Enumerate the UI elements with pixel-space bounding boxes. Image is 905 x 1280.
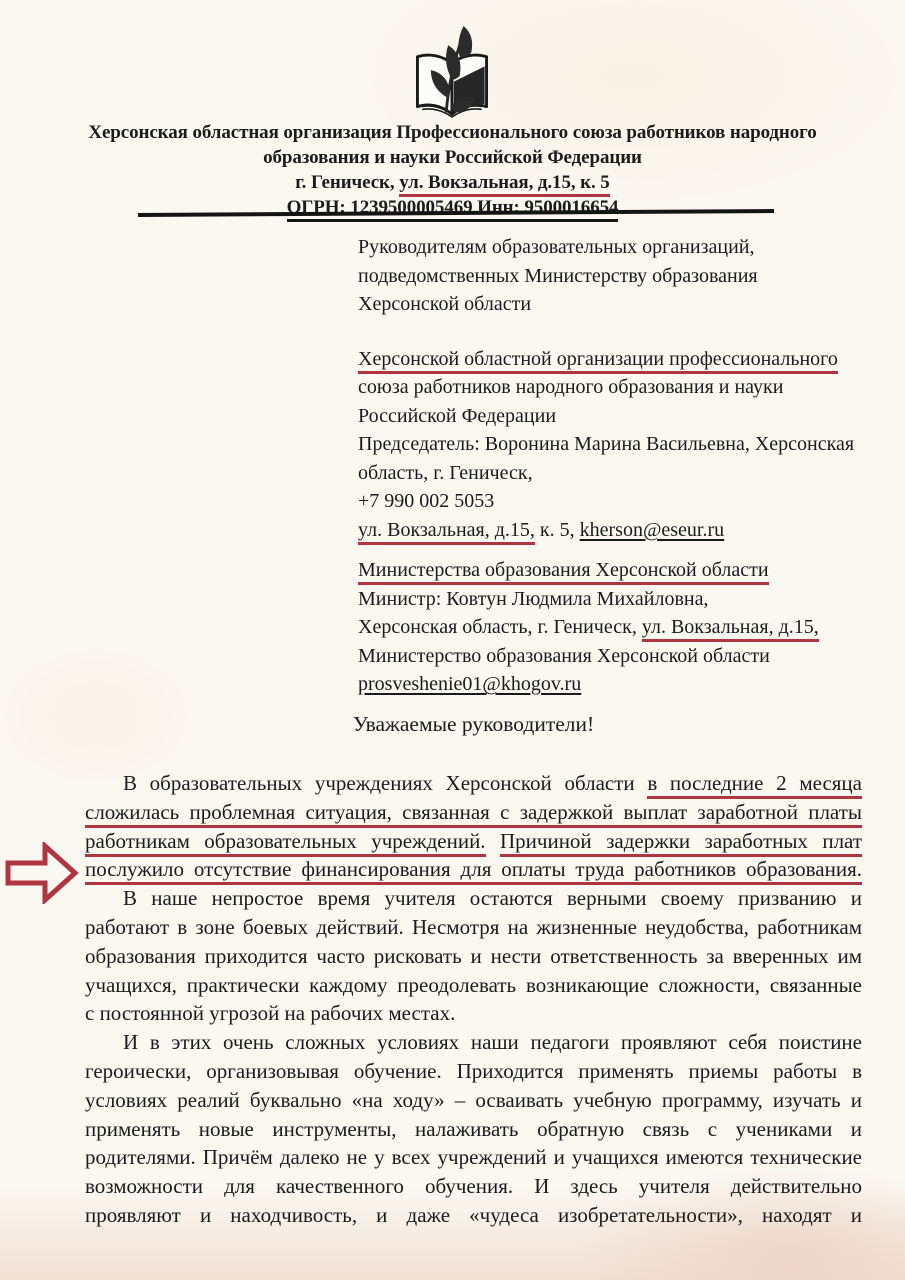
text-line: Херсонской областной организации професс…	[358, 345, 878, 374]
text-segment: родителями. Причём далеко не у всех учре…	[85, 1145, 862, 1169]
red-underlined-text: Херсонской областной организации професс…	[358, 348, 838, 374]
text-segment: к. 5,	[535, 519, 580, 541]
text-segment: с постоянной угрозой на рабочих местах.	[85, 1001, 455, 1025]
text-segment: В наше непростое время учителя остаются …	[123, 886, 862, 910]
book-and-leaf-emblem-icon	[404, 24, 500, 124]
text-line: работникам образовательных учреждений. П…	[85, 827, 862, 856]
text-segment: Российской Федерации	[358, 405, 556, 427]
text-segment: подведомственных Министерству образовани…	[358, 265, 758, 287]
text-segment: учащихся, практически каждому преодолева…	[85, 973, 862, 997]
text-segment: В образовательных учреждениях Херсонской…	[123, 771, 647, 795]
text-line: работают в зоне боевых действий. Несмотр…	[85, 913, 862, 942]
text-segment: применять новые инструменты, налаживать …	[85, 1117, 862, 1141]
red-underlined-text: послужило отсутствие финансирования для …	[85, 857, 862, 885]
text-line: Министерства образования Херсонской обла…	[358, 556, 878, 585]
red-underlined-text: в последние 2 месяца	[647, 771, 862, 799]
red-underlined-text: Причиной задержки заработных плат	[500, 829, 862, 857]
scanned-letter-page: Херсонская областная организация Професс…	[0, 0, 905, 1280]
text-segment: союза работников народного образования и…	[358, 376, 783, 398]
text-line: Херсонской области	[358, 290, 878, 319]
text-segment: область, г. Геническ,	[358, 462, 533, 484]
text-line: возможности для качественного обучения. …	[85, 1172, 862, 1201]
org-name-line2: образования и науки Российской Федерации	[40, 145, 865, 170]
text-line: prosveshenie01@khogov.ru	[358, 670, 878, 699]
text-line: Министерство образования Херсонской обла…	[358, 642, 878, 671]
email-text: prosveshenie01@khogov.ru	[358, 673, 581, 695]
text-segment: Министерство образования Херсонской обла…	[358, 645, 770, 667]
text-line: Российской Федерации	[358, 402, 878, 431]
text-line: Министр: Ковтун Людмила Михайловна,	[358, 585, 878, 614]
text-line: В образовательных учреждениях Херсонской…	[85, 769, 862, 798]
text-line: ул. Вокзальная, д.15, к. 5, kherson@eseu…	[358, 516, 878, 545]
salutation: Уважаемые руководители!	[85, 712, 862, 737]
text-segment: образования приходится часто рисковать и…	[85, 944, 862, 968]
text-line: Председатель: Воронина Марина Васильевна…	[358, 430, 878, 459]
red-underlined-text: сложилась проблемная ситуация, связанная…	[85, 800, 862, 828]
red-underlined-text: работникам образовательных учреждений.	[85, 829, 486, 857]
text-segment: условиях реалий буквально «на ходу» – ос…	[85, 1088, 862, 1112]
text-line: условиях реалий буквально «на ходу» – ос…	[85, 1086, 862, 1115]
text-line: применять новые инструменты, налаживать …	[85, 1115, 862, 1144]
text-segment: +7 990 002 5053	[358, 490, 494, 512]
email-text: kherson@eseur.ru	[580, 519, 725, 541]
text-line: родителями. Причём далеко не у всех учре…	[85, 1143, 862, 1172]
text-segment: героически, организовывая обучение. Прих…	[85, 1059, 862, 1083]
text-line: с постоянной угрозой на рабочих местах.	[85, 999, 862, 1028]
address-underlined: ул. Вокзальная, д.15, к. 5	[399, 172, 610, 197]
text-line: послужило отсутствие финансирования для …	[85, 855, 862, 884]
text-segment: возможности для качественного обучения. …	[85, 1174, 862, 1198]
text-line: союза работников народного образования и…	[358, 373, 878, 402]
recipient-address-block: Руководителям образовательных организаци…	[358, 233, 878, 699]
red-underlined-text: Министерства образования Херсонской обла…	[358, 559, 769, 585]
text-line: героически, организовывая обучение. Прих…	[85, 1057, 862, 1086]
red-arrow-annotation-icon	[5, 842, 79, 904]
text-line: сложилась проблемная ситуация, связанная…	[85, 798, 862, 827]
text-line: образования приходится часто рисковать и…	[85, 942, 862, 971]
text-line: учащихся, практически каждому преодолева…	[85, 971, 862, 1000]
text-segment: И в этих очень сложных условиях наши пед…	[123, 1030, 862, 1054]
text-segment: Министр: Ковтун Людмила Михайловна,	[358, 588, 708, 610]
text-segment: работают в зоне боевых действий. Несмотр…	[85, 915, 862, 939]
text-line: В наше непростое время учителя остаются …	[85, 884, 862, 913]
union-logo	[404, 24, 500, 124]
text-segment: Руководителям образовательных организаци…	[358, 236, 755, 258]
text-segment	[486, 829, 500, 853]
text-segment: проявляют и находчивость, и даже «чудеса…	[85, 1203, 862, 1227]
text-line: Руководителям образовательных организаци…	[358, 233, 878, 262]
letter-body: В образовательных учреждениях Херсонской…	[85, 769, 862, 1230]
red-underlined-text: ул. Вокзальная, д.15,	[642, 616, 819, 642]
red-underlined-text: ул. Вокзальная, д.15,	[358, 519, 535, 545]
text-line: проявляют и находчивость, и даже «чудеса…	[85, 1201, 862, 1230]
text-segment: Председатель: Воронина Марина Васильевна…	[358, 433, 854, 455]
org-address-line: г. Геническ, ул. Вокзальная, д.15, к. 5	[40, 170, 865, 195]
text-line: подведомственных Министерству образовани…	[358, 262, 878, 291]
org-name-line1: Херсонская областная организация Професс…	[40, 120, 865, 145]
text-line: +7 990 002 5053	[358, 487, 878, 516]
letterhead: Херсонская областная организация Професс…	[40, 120, 865, 220]
text-line: область, г. Геническ,	[358, 459, 878, 488]
text-line: Херсонская область, г. Геническ, ул. Вок…	[358, 613, 878, 642]
text-segment: Херсонская область, г. Геническ,	[358, 616, 642, 638]
text-segment: Херсонской области	[358, 293, 531, 315]
text-line: И в этих очень сложных условиях наши пед…	[85, 1028, 862, 1057]
address-prefix: г. Геническ,	[295, 172, 399, 193]
